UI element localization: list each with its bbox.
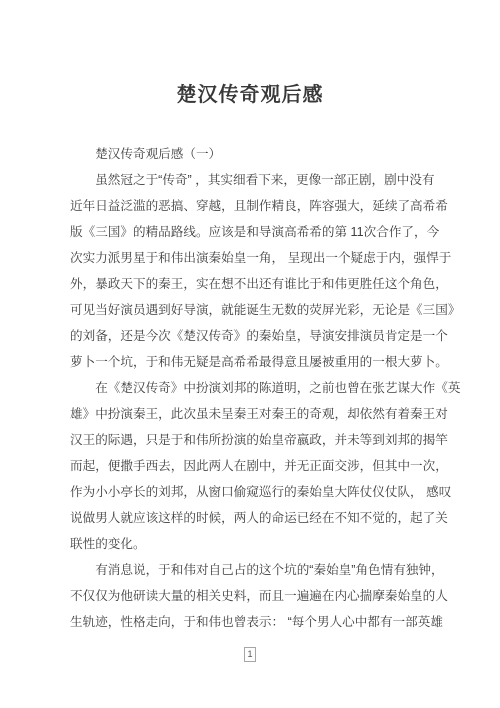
text-line: 萝卜一个坑，于和伟无疑是高希希最得意且屡被重用的一根大萝卜。 [70, 349, 450, 375]
document-title: 楚汉传奇观后感 [0, 0, 500, 108]
text-line: 楚汉传奇观后感（一） [70, 141, 450, 167]
text-line: 汉王的际遇，只是于和伟所扮演的始皇帝嬴政，并未等到刘邦的揭竿 [70, 427, 450, 453]
text-line: 有消息说，于和伟对自己占的这个坑的“秦始皇”角色情有独钟， [70, 557, 450, 583]
text-line: 不仅仅为他研读大量的相关史料，而且一遍遍在内心揣摩秦始皇的人 [70, 583, 450, 609]
text-line: 版《三国》的精品路线。应该是和导演高希希的第 11次合作了，今 [70, 219, 450, 245]
text-line: 可见当好演员遇到好导演，就能诞生无数的荧屏光彩，无论是《三国》 [70, 297, 450, 323]
text-line: 虽然冠之于“传奇” ，其实细看下来，更像一部正剧，剧中没有 [70, 167, 450, 193]
text-line: 外，暴政天下的秦王，实在想不出还有谁比于和伟更胜任这个角色， [70, 271, 450, 297]
text-line: 生轨迹，性格走向，于和伟也曾表示： “每个男人心中都有一部英雄 [70, 609, 450, 635]
paragraph: 有消息说，于和伟对自己占的这个坑的“秦始皇”角色情有独钟，不仅仅为他研读大量的相… [70, 557, 450, 635]
text-line: 近年日益泛滥的恶搞、穿越，且制作精良，阵容强大，延续了高希希 [70, 193, 450, 219]
text-line: 联性的变化。 [70, 531, 450, 557]
text-line: 在《楚汉传奇》中扮演刘邦的陈道明，之前也曾在张艺谋大作《英 [70, 375, 450, 401]
document-page: 楚汉传奇观后感 楚汉传奇观后感（一）虽然冠之于“传奇” ，其实细看下来，更像一部… [0, 0, 500, 708]
text-line: 而起，便撒手西去，因此两人在剧中，并无正面交涉，但其中一次， [70, 453, 450, 479]
text-line: 说做男人就应该这样的时候，两人的命运已经在不知不觉的，起了关 [70, 505, 450, 531]
text-line: 作为小小亭长的刘邦，从窗口偷窥巡行的秦始皇大阵仗仪仗队， 感叹 [70, 479, 450, 505]
text-line: 雄》中扮演秦王，此次虽未呈秦王对秦王的奇观，却依然有着秦王对 [70, 401, 450, 427]
paragraph: 在《楚汉传奇》中扮演刘邦的陈道明，之前也曾在张艺谋大作《英雄》中扮演秦王，此次虽… [70, 375, 450, 557]
page-number: 1 [244, 647, 256, 662]
document-body: 楚汉传奇观后感（一）虽然冠之于“传奇” ，其实细看下来，更像一部正剧，剧中没有近… [0, 141, 500, 635]
paragraph: 虽然冠之于“传奇” ，其实细看下来，更像一部正剧，剧中没有近年日益泛滥的恶搞、穿… [70, 167, 450, 375]
text-line: 次实力派男星于和伟出演秦始皇一角， 呈现出一个疑虑于内，强悍于 [70, 245, 450, 271]
text-line: 的刘备，还是今次《楚汉传奇》的秦始皇，导演安排演员肯定是一个 [70, 323, 450, 349]
paragraph: 楚汉传奇观后感（一） [70, 141, 450, 167]
